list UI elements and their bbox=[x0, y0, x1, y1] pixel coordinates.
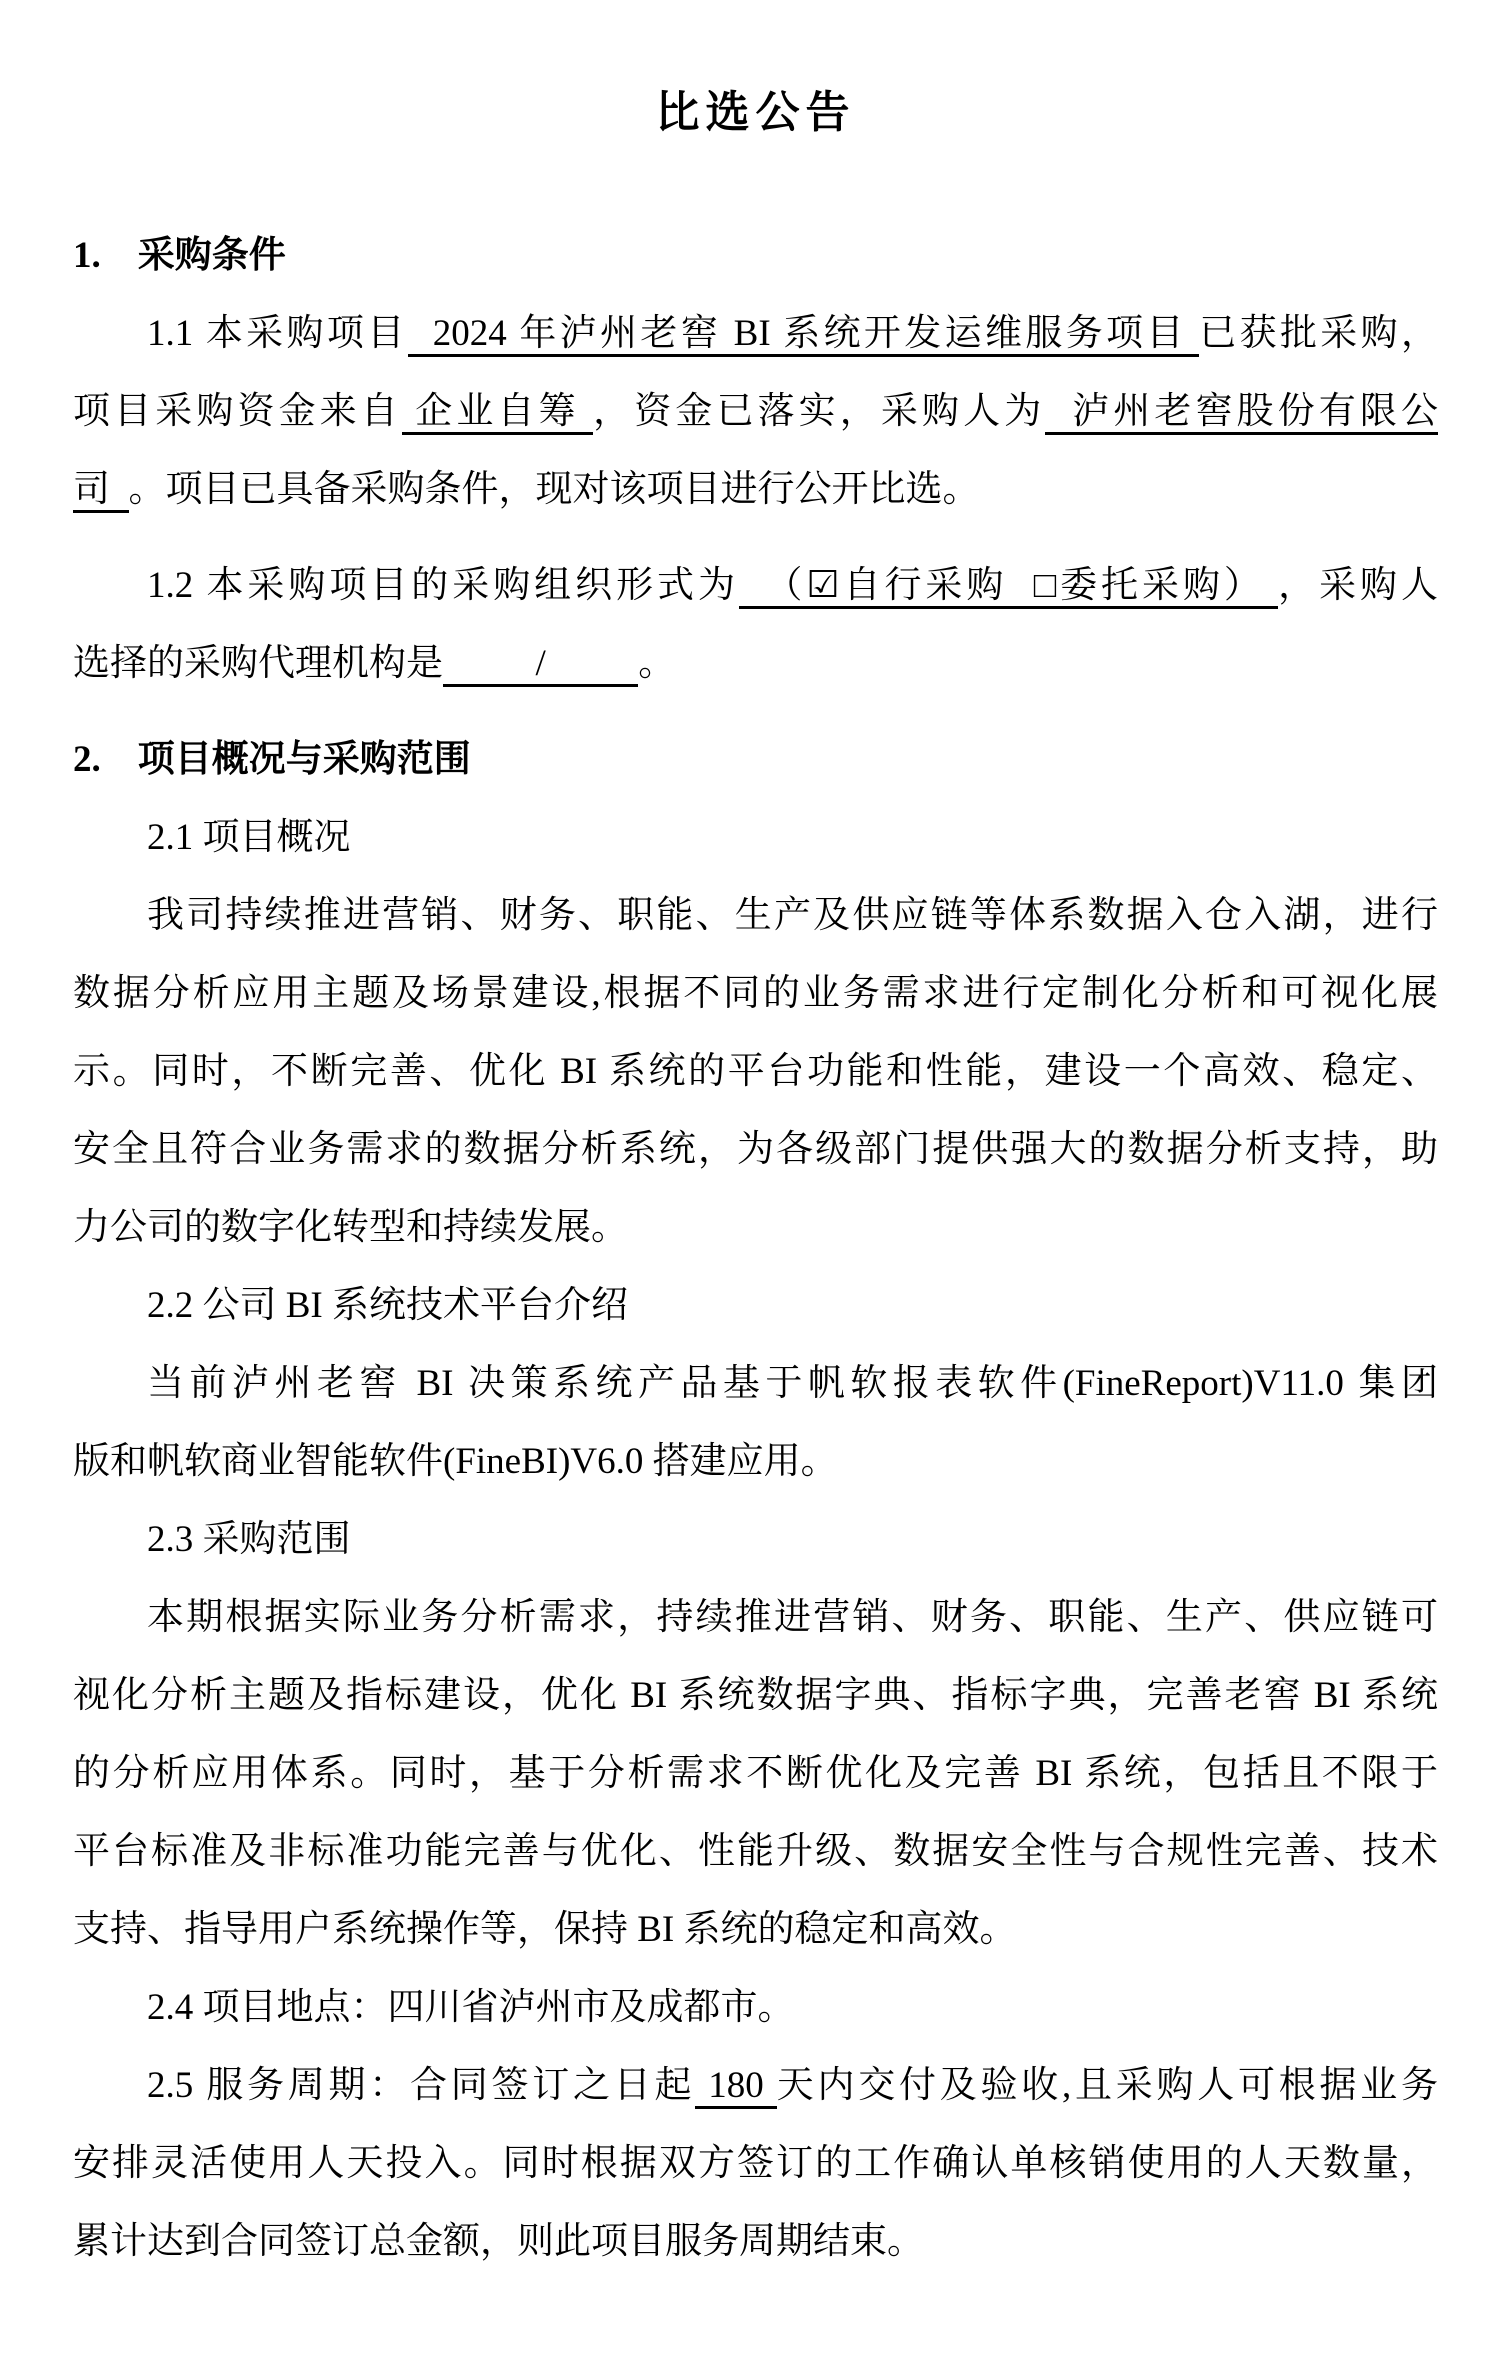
text-line: 1.2 本采购项目的采购组织形式为 （☑自行采购 □委托采购） ，采购人 bbox=[73, 547, 1438, 625]
underlined-fill-in: （☑自行采购 □委托采购） bbox=[739, 565, 1278, 609]
text-segment: 视化分析主题及指标建设，优化 BI 系统数据字典、指标字典，完善老窖 BI 系统 bbox=[73, 1675, 1438, 1716]
text-segment: 选择的采购代理机构是 bbox=[73, 643, 443, 684]
text-line: 版和帆软商业智能软件(FineBI)V6.0 搭建应用。 bbox=[73, 1423, 1438, 1501]
text-segment: 安排灵活使用人天投入。同时根据双方签订的工作确认单核销使用的人天数量， bbox=[73, 2143, 1438, 2184]
text-segment: 。项目已具备采购条件，现对该项目进行公开比选。 bbox=[129, 469, 980, 510]
text-line: 的分析应用体系。同时，基于分析需求不断优化及完善 BI 系统，包括且不限于 bbox=[73, 1735, 1438, 1813]
text-line: 2.4 项目地点：四川省泸州市及成都市。 bbox=[73, 1969, 1438, 2047]
text-segment: 版和帆软商业智能软件(FineBI)V6.0 搭建应用。 bbox=[73, 1441, 838, 1482]
text-segment: ，采购人 bbox=[1278, 565, 1438, 606]
document-page: 比选公告 1. 采购条件1.1 本采购项目 2024 年泸州老窖 BI 系统开发… bbox=[0, 0, 1500, 2363]
text-line: 当前泸州老窖 BI 决策系统产品基于帆软报表软件(FineReport)V11.… bbox=[73, 1345, 1438, 1423]
text-segment: 天内交付及验收,且采购人可根据业务 bbox=[777, 2065, 1438, 2106]
text-line: 数据分析应用主题及场景建设,根据不同的业务需求进行定制化分析和可视化展 bbox=[73, 955, 1438, 1033]
document-body: 1. 采购条件1.1 本采购项目 2024 年泸州老窖 BI 系统开发运维服务项… bbox=[73, 217, 1438, 2281]
underlined-fill-in: 企业自筹 bbox=[402, 391, 593, 435]
underlined-fill-in: 司 bbox=[73, 469, 129, 513]
text-segment: 。 bbox=[638, 643, 675, 684]
text-line: 支持、指导用户系统操作等，保持 BI 系统的稳定和高效。 bbox=[73, 1891, 1438, 1969]
text-line: 选择的采购代理机构是 / 。 bbox=[73, 625, 1438, 703]
text-segment: 示。同时，不断完善、优化 BI 系统的平台功能和性能，建设一个高效、稳定、 bbox=[73, 1051, 1438, 1092]
text-line: 本期根据实际业务分析需求，持续推进营销、财务、职能、生产、供应链可 bbox=[73, 1579, 1438, 1657]
text-segment: 的分析应用体系。同时，基于分析需求不断优化及完善 BI 系统，包括且不限于 bbox=[73, 1753, 1438, 1794]
underlined-fill-in: 180 bbox=[695, 2065, 777, 2109]
text-segment: 2.2 公司 BI 系统技术平台介绍 bbox=[147, 1285, 628, 1326]
text-line: 司 。项目已具备采购条件，现对该项目进行公开比选。 bbox=[73, 451, 1438, 529]
text-line: 安排灵活使用人天投入。同时根据双方签订的工作确认单核销使用的人天数量， bbox=[73, 2125, 1438, 2203]
text-segment: 支持、指导用户系统操作等，保持 BI 系统的稳定和高效。 bbox=[73, 1909, 1017, 1950]
text-segment: 平台标准及非标准功能完善与优化、性能升级、数据安全性与合规性完善、技术 bbox=[73, 1831, 1438, 1872]
underlined-fill-in: 2024 年泸州老窖 BI 系统开发运维服务项目 bbox=[408, 313, 1200, 357]
text-line: 平台标准及非标准功能完善与优化、性能升级、数据安全性与合规性完善、技术 bbox=[73, 1813, 1438, 1891]
text-line: 2.5 服务周期：合同签订之日起 180 天内交付及验收,且采购人可根据业务 bbox=[73, 2047, 1438, 2125]
text-segment: 本期根据实际业务分析需求，持续推进营销、财务、职能、生产、供应链可 bbox=[147, 1597, 1438, 1638]
text-segment: 累计达到合同签订总金额，则此项目服务周期结束。 bbox=[73, 2221, 924, 2262]
text-line: 示。同时，不断完善、优化 BI 系统的平台功能和性能，建设一个高效、稳定、 bbox=[73, 1033, 1438, 1111]
text-line: 2.2 公司 BI 系统技术平台介绍 bbox=[73, 1267, 1438, 1345]
text-segment: 数据分析应用主题及场景建设,根据不同的业务需求进行定制化分析和可视化展 bbox=[73, 973, 1438, 1014]
document-content: 比选公告 1. 采购条件1.1 本采购项目 2024 年泸州老窖 BI 系统开发… bbox=[73, 86, 1438, 2281]
text-segment: 安全且符合业务需求的数据分析系统，为各级部门提供强大的数据分析支持，助 bbox=[73, 1129, 1438, 1170]
text-segment: 2.5 服务周期：合同签订之日起 bbox=[147, 2065, 695, 2106]
text-segment: 1. 采购条件 bbox=[73, 235, 286, 276]
document-title: 比选公告 bbox=[73, 86, 1438, 140]
text-segment: 当前泸州老窖 BI 决策系统产品基于帆软报表软件(FineReport)V11.… bbox=[147, 1363, 1438, 1404]
text-segment: 已获批采购， bbox=[1199, 313, 1438, 354]
text-segment: 2.3 采购范围 bbox=[147, 1519, 351, 1560]
underlined-fill-in: 泸州老窖股份有限公 bbox=[1045, 391, 1438, 435]
text-line: 力公司的数字化转型和持续发展。 bbox=[73, 1189, 1438, 1267]
text-segment: 项目采购资金来自 bbox=[73, 391, 402, 432]
text-segment: ，资金已落实，采购人为 bbox=[593, 391, 1045, 432]
text-line: 我司持续推进营销、财务、职能、生产及供应链等体系数据入仓入湖，进行 bbox=[73, 877, 1438, 955]
text-segment: 1.1 本采购项目 bbox=[147, 313, 408, 354]
section-heading: 2. 项目概况与采购范围 bbox=[73, 721, 1438, 799]
text-line: 2.1 项目概况 bbox=[73, 799, 1438, 877]
text-line: 视化分析主题及指标建设，优化 BI 系统数据字典、指标字典，完善老窖 BI 系统 bbox=[73, 1657, 1438, 1735]
text-line: 2.3 采购范围 bbox=[73, 1501, 1438, 1579]
text-segment: 我司持续推进营销、财务、职能、生产及供应链等体系数据入仓入湖，进行 bbox=[147, 895, 1438, 936]
text-segment: 1.2 本采购项目的采购组织形式为 bbox=[147, 565, 739, 606]
text-segment: 2.1 项目概况 bbox=[147, 817, 351, 858]
text-line: 安全且符合业务需求的数据分析系统，为各级部门提供强大的数据分析支持，助 bbox=[73, 1111, 1438, 1189]
text-segment: 2. 项目概况与采购范围 bbox=[73, 739, 471, 780]
section-heading: 1. 采购条件 bbox=[73, 217, 1438, 295]
underlined-fill-in: / bbox=[443, 643, 638, 687]
text-segment: 力公司的数字化转型和持续发展。 bbox=[73, 1207, 628, 1248]
text-line: 累计达到合同签订总金额，则此项目服务周期结束。 bbox=[73, 2203, 1438, 2281]
text-line: 1.1 本采购项目 2024 年泸州老窖 BI 系统开发运维服务项目 已获批采购… bbox=[73, 295, 1438, 373]
text-line: 项目采购资金来自 企业自筹 ，资金已落实，采购人为 泸州老窖股份有限公 bbox=[73, 373, 1438, 451]
text-segment: 2.4 项目地点：四川省泸州市及成都市。 bbox=[147, 1987, 795, 2028]
